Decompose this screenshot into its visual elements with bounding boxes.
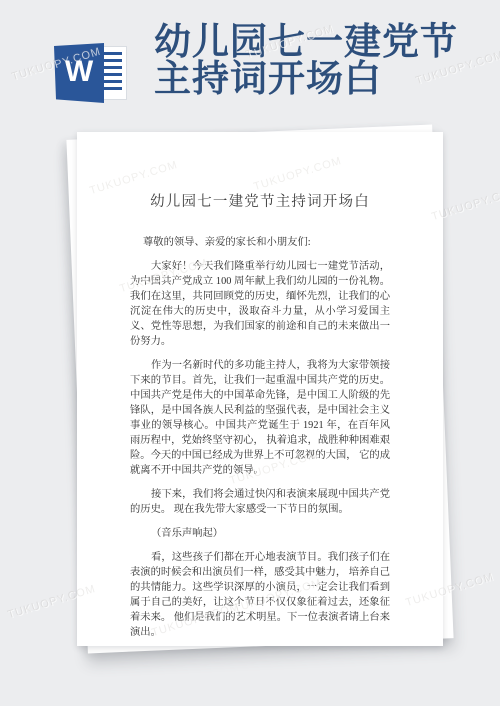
doc-paragraph: 作为一名新时代的多功能主持人，我将为大家带领接下来的节目。首先，让我们一起重温中… <box>130 358 390 478</box>
paper-sheet: 幼儿园七一建党节主持词开场白 尊敬的领导、亲爱的家长和小朋友们: 大家好！今天我… <box>77 132 443 646</box>
doc-paragraph: 大家好！今天我们隆重举行幼儿园七一建党节活动，为中国共产党成立 100 周年献上… <box>130 259 390 349</box>
doc-paragraph: 接下来，我们将会通过快闪和表演来展现中国共产党的历史。 现在我先带大家感受一下节… <box>130 487 390 517</box>
word-icon-doclines <box>104 52 122 94</box>
result-title-line1: 幼儿园七一建党节 <box>154 24 458 61</box>
word-icon-letter: W <box>65 57 93 87</box>
page-background: W 幼儿园七一建党节 主持词开场白 幼儿园七一建党节主持词开场白 尊敬的领导、亲… <box>0 0 500 706</box>
result-header: W 幼儿园七一建党节 主持词开场白 <box>0 0 500 120</box>
doc-paragraph: 看，这些孩子们都在开心地表演节目。我们孩子们在表演的时候会和出演员们一样，感受其… <box>130 550 390 640</box>
word-icon-w-shape: W <box>54 43 104 103</box>
document-preview[interactable]: 幼儿园七一建党节主持词开场白 尊敬的领导、亲爱的家长和小朋友们: 大家好！今天我… <box>77 132 443 646</box>
doc-greeting: 尊敬的领导、亲爱的家长和小朋友们: <box>130 235 390 250</box>
result-title-line2: 主持词开场白 <box>154 61 458 98</box>
word-doc-icon[interactable]: W <box>54 38 130 106</box>
doc-paragraph: （音乐声响起） <box>130 526 390 541</box>
doc-body: 大家好！今天我们隆重举行幼儿园七一建党节活动，为中国共产党成立 100 周年献上… <box>130 259 390 640</box>
doc-title: 幼儿园七一建党节主持词开场白 <box>130 190 390 211</box>
result-title[interactable]: 幼儿园七一建党节 主持词开场白 <box>154 24 458 98</box>
